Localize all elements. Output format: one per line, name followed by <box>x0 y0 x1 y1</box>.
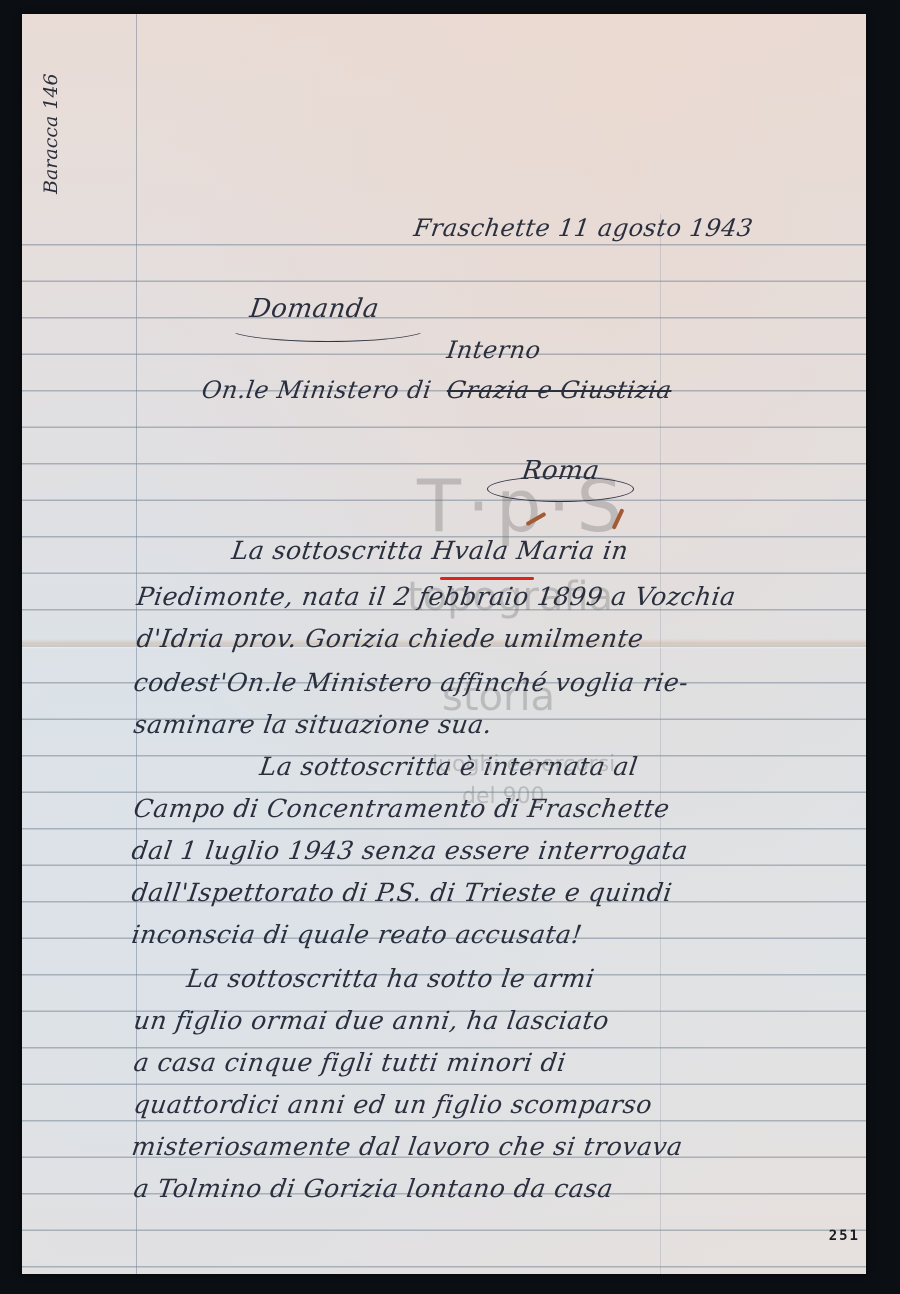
addressee-struck: Grazia e Giustizia <box>445 376 674 404</box>
body-line: saminare la situazione sua. <box>132 710 494 739</box>
body-line: codest'On.le Ministero affinché voglia r… <box>132 668 690 697</box>
place-date: Fraschette 11 agosto 1943 <box>412 214 755 242</box>
city-ellipse <box>487 476 634 502</box>
body-line: un figlio ormai due anni, ha lasciato <box>132 1006 611 1035</box>
heading-underline <box>227 314 429 342</box>
page-number-stamp: 251 <box>829 1228 860 1244</box>
letter-page: T·p·S topografia storia luoghi e percors… <box>22 14 866 1274</box>
body-line: dall'Ispettorato di P.S. di Trieste e qu… <box>130 878 674 907</box>
addressee-prefix: On.le Ministero di <box>200 376 433 404</box>
body-line: Campo di Concentramento di Fraschette <box>132 794 672 823</box>
body-line: a casa cinque figli tutti minori di <box>132 1048 568 1077</box>
body-line: inconscia di quale reato accusata! <box>130 920 584 949</box>
body-line: La sottoscritta Hvala Maria in <box>230 536 630 565</box>
margin-note: Baracca 146 <box>40 73 62 194</box>
body-line: La sottoscritta ha sotto le armi <box>185 964 596 993</box>
body-line: dal 1 luglio 1943 senza essere interroga… <box>130 836 690 865</box>
body-line: d'Idria prov. Gorizia chiede umilmente <box>135 624 646 653</box>
addressee-correction: Interno <box>445 336 543 364</box>
body-line: a Tolmino di Gorizia lontano da casa <box>132 1174 615 1203</box>
body-line: misteriosamente dal lavoro che si trovav… <box>130 1132 685 1161</box>
right-rule <box>660 214 661 1274</box>
body-line: Piedimonte, nata il 2 febbraio 1899 a Vo… <box>135 582 738 611</box>
body-line: La sottoscritta è internata al <box>258 752 640 781</box>
red-underline <box>440 577 534 580</box>
body-line: quattordici anni ed un figlio scomparso <box>132 1090 654 1119</box>
